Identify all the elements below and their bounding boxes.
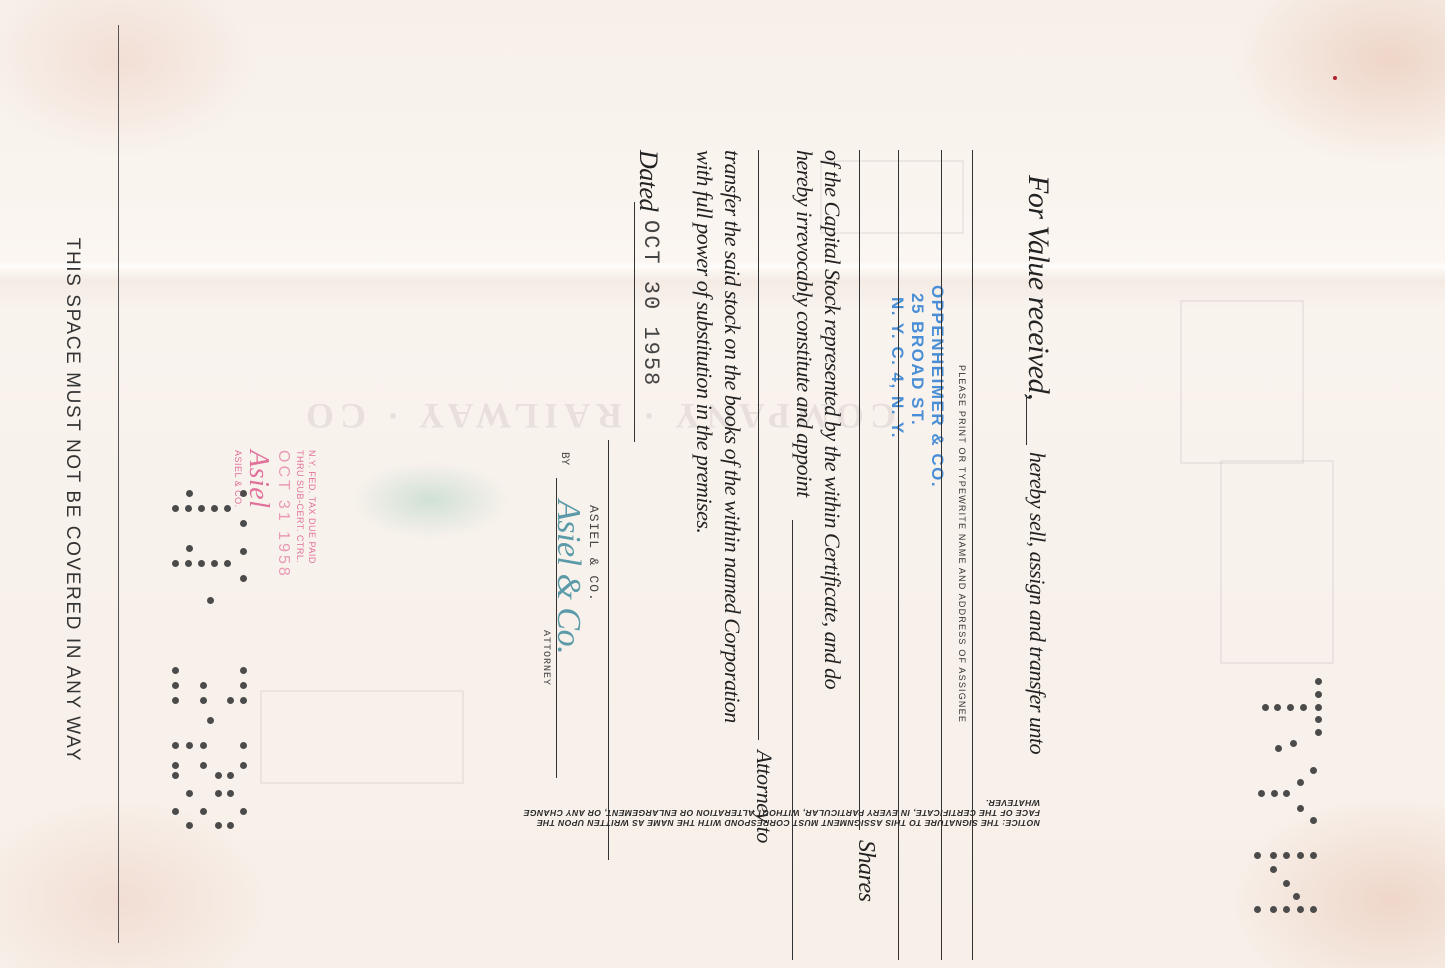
perforation-hole bbox=[211, 505, 218, 512]
perforation-hole bbox=[1283, 852, 1290, 859]
perforation-hole bbox=[1297, 852, 1304, 859]
assignee-instruction: PLEASE PRINT OR TYPEWRITE NAME AND ADDRE… bbox=[957, 365, 967, 723]
perforation-hole bbox=[1315, 729, 1322, 736]
perforation-hole bbox=[1315, 716, 1322, 723]
perforation-hole bbox=[1254, 852, 1261, 859]
assignee-stamp: OPPENHEIMER & CO. 25 BROAD ST. N. Y. C. … bbox=[887, 285, 947, 488]
perforation-hole bbox=[215, 790, 222, 797]
perforation-hole bbox=[1310, 852, 1317, 859]
perforation-hole bbox=[227, 822, 234, 829]
perforation-hole bbox=[186, 490, 193, 497]
perforation-hole bbox=[200, 697, 207, 704]
perforation-hole bbox=[227, 772, 234, 779]
for-value-received: For Value received, bbox=[1021, 175, 1055, 400]
assignment-form: For Value received, hereby sell, assign … bbox=[515, 140, 1075, 960]
perforation-hole bbox=[240, 742, 247, 749]
show-through-border bbox=[1180, 300, 1304, 464]
opening-tail: hereby sell, assign and transfer unto bbox=[1024, 452, 1050, 754]
dated-value: OCT 30 1958 bbox=[638, 220, 663, 387]
notice-text: THE SIGNATURE TO THIS ASSIGNMENT MUST CO… bbox=[523, 798, 1040, 828]
shares-blank[interactable] bbox=[859, 150, 860, 830]
perforation-hole bbox=[185, 505, 192, 512]
perforation-hole bbox=[1275, 745, 1282, 752]
margin-rule bbox=[118, 25, 119, 943]
perforation-hole bbox=[172, 697, 179, 704]
perforation-hole bbox=[211, 560, 218, 567]
perforation-hole bbox=[207, 597, 214, 604]
perforation-hole bbox=[200, 682, 207, 689]
shares-label: Shares bbox=[852, 840, 879, 901]
assignee-line-1[interactable] bbox=[972, 150, 973, 960]
attorney-caption: ATTORNEY bbox=[540, 630, 551, 686]
perforation-hole bbox=[1283, 880, 1290, 887]
perforation-hole bbox=[186, 742, 193, 749]
perforation-hole bbox=[1271, 790, 1278, 797]
assignee-line-3[interactable] bbox=[898, 150, 899, 960]
perforation-hole bbox=[1293, 893, 1300, 900]
perforation-hole bbox=[186, 790, 193, 797]
perforation-hole bbox=[172, 667, 179, 674]
perforation-hole bbox=[172, 808, 179, 815]
perforation-hole bbox=[1310, 767, 1317, 774]
perforation-hole bbox=[200, 742, 207, 749]
perforation-hole bbox=[224, 560, 231, 567]
perforation-hole bbox=[240, 762, 247, 769]
perforation-hole bbox=[240, 697, 247, 704]
appointee-blank[interactable] bbox=[792, 520, 793, 960]
perforation-hole bbox=[215, 772, 222, 779]
perforation-hole bbox=[240, 575, 247, 582]
perforation-hole bbox=[240, 682, 247, 689]
perforation-hole bbox=[1300, 704, 1307, 711]
signatory-firm: ASIEL & CO. bbox=[586, 505, 601, 602]
perforation-hole bbox=[240, 520, 247, 527]
perforation-hole bbox=[172, 682, 179, 689]
notice-label: NOTICE: bbox=[1002, 818, 1040, 828]
perforation-hole bbox=[240, 490, 247, 497]
perforation-hole bbox=[240, 667, 247, 674]
perforation-hole bbox=[240, 808, 247, 815]
perforation-hole bbox=[1315, 678, 1322, 685]
perforation-hole bbox=[186, 545, 193, 552]
perforation-hole bbox=[1270, 906, 1277, 913]
perforation-hole bbox=[1297, 805, 1304, 812]
perforation-hole bbox=[1274, 704, 1281, 711]
perforation-hole bbox=[186, 822, 193, 829]
seller-blank bbox=[1026, 395, 1027, 445]
perforation-hole bbox=[1310, 906, 1317, 913]
perforation-hole bbox=[1287, 704, 1294, 711]
perforation-hole bbox=[215, 822, 222, 829]
attorney-signature: Asiel & Co. bbox=[549, 500, 587, 654]
irrevocably-line: hereby irrevocably constitute and appoin… bbox=[791, 150, 817, 497]
perforation-hole bbox=[1315, 704, 1322, 711]
perforation-hole bbox=[1310, 817, 1317, 824]
transfer-line: transfer the said stock on the books of … bbox=[719, 150, 745, 723]
perforation-hole bbox=[172, 742, 179, 749]
perforation-hole bbox=[172, 772, 179, 779]
perforation-hole bbox=[1297, 779, 1304, 786]
show-through-border bbox=[260, 690, 464, 784]
perforation-hole bbox=[1270, 852, 1277, 859]
assignee-line-2[interactable] bbox=[941, 150, 942, 960]
perforation-hole bbox=[1258, 790, 1265, 797]
perforation-hole bbox=[207, 717, 214, 724]
perforation-hole bbox=[227, 697, 234, 704]
perforation-hole bbox=[227, 790, 234, 797]
perforation-hole bbox=[172, 560, 179, 567]
perforation-hole bbox=[224, 505, 231, 512]
perforation-hole bbox=[172, 505, 179, 512]
perforation-hole bbox=[1315, 691, 1322, 698]
perforation-hole bbox=[1283, 790, 1290, 797]
perforation-hole bbox=[1283, 906, 1290, 913]
perforation-hole bbox=[240, 548, 247, 555]
dated-label: Dated bbox=[633, 150, 663, 211]
date-line bbox=[634, 202, 635, 442]
by-label: BY bbox=[558, 452, 570, 465]
perforation-hole bbox=[1262, 704, 1269, 711]
attorney-blank[interactable] bbox=[758, 150, 759, 740]
ink-speck bbox=[1333, 76, 1337, 80]
substitution-line: with full power of substitution in the p… bbox=[691, 150, 717, 533]
perforation-hole bbox=[198, 505, 205, 512]
perforation-hole bbox=[200, 762, 207, 769]
perforation-hole bbox=[200, 808, 207, 815]
perforation-hole bbox=[185, 560, 192, 567]
perforation-hole bbox=[1270, 866, 1277, 873]
show-through-border bbox=[1220, 460, 1334, 664]
capital-stock-line: of the Capital Stock represented by the … bbox=[819, 150, 845, 689]
perforation-hole bbox=[1297, 906, 1304, 913]
perforation-hole bbox=[1290, 740, 1297, 747]
signature-notice: NOTICE: THE SIGNATURE TO THIS ASSIGNMENT… bbox=[520, 788, 1040, 828]
perforation-hole bbox=[1254, 906, 1261, 913]
perforation-hole bbox=[198, 560, 205, 567]
perforation-hole bbox=[172, 762, 179, 769]
